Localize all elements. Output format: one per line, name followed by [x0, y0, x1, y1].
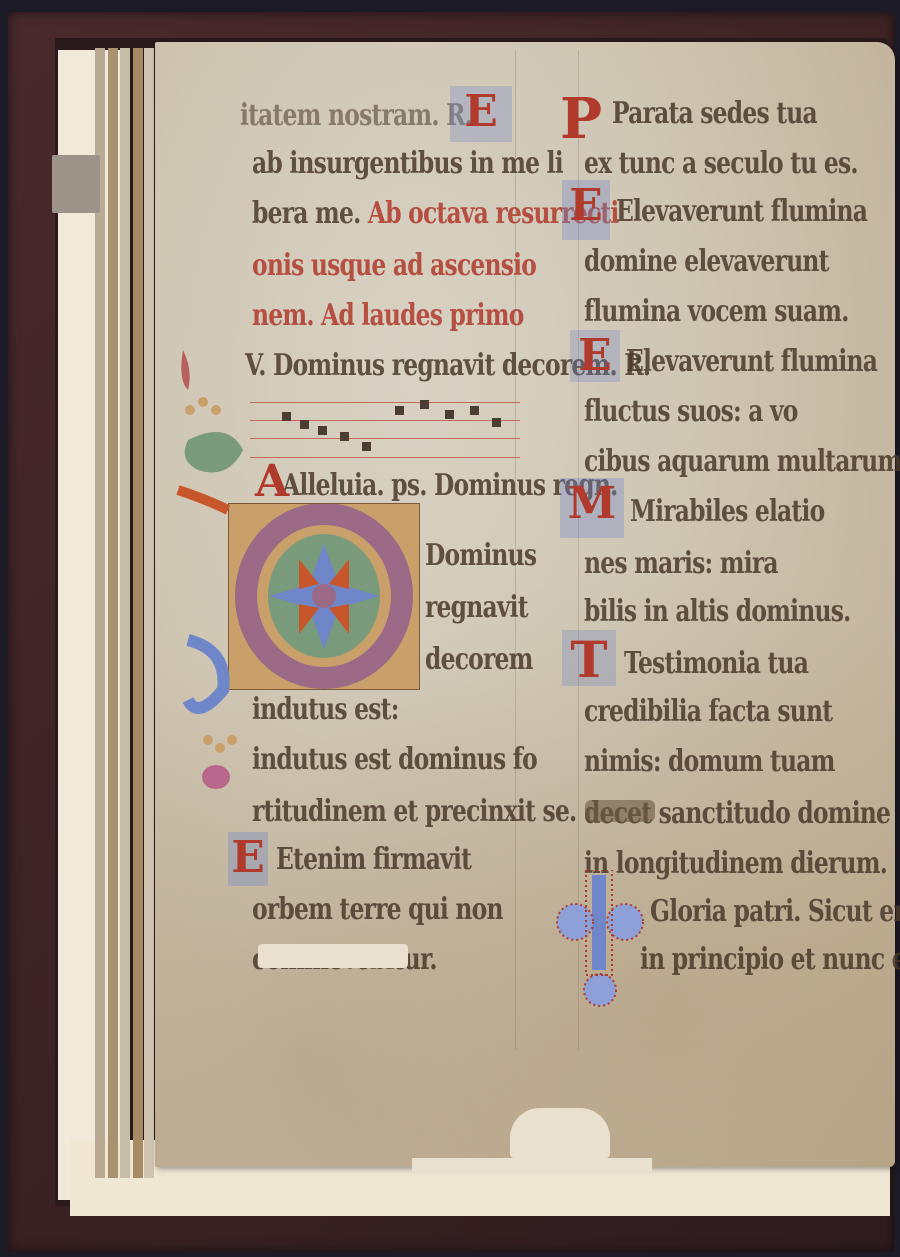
parchment-stain: [585, 800, 655, 822]
text-line: regnavit: [425, 590, 528, 625]
text-line: nimis: domum tuam: [584, 744, 835, 779]
leaf-edge: [120, 48, 130, 1178]
text-line: bilis in altis dominus.: [584, 594, 851, 629]
initial-E: E: [562, 180, 610, 240]
text-line: itatem nostram. R.: [240, 98, 472, 133]
text-line: Elevaverunt flumina: [626, 344, 877, 379]
parchment-loss: [412, 1158, 652, 1172]
leaf-edge: [95, 48, 105, 1178]
text-line: ab insurgentibus in me li: [252, 146, 563, 181]
text-line: Testimonia tua: [624, 646, 808, 681]
initial-E2: E: [570, 330, 620, 382]
text-line: cibus aquarum multarum.: [584, 444, 900, 479]
initial-P: P: [560, 86, 602, 152]
text-line: ex tunc a seculo tu es.: [584, 146, 858, 181]
text-line: decorem: [425, 642, 533, 677]
text-line: Etenim firmavit: [276, 842, 471, 877]
rubric-line: onis usque ad ascensio: [252, 248, 536, 283]
text-line: domine elevaverunt: [584, 244, 829, 279]
text-line: Dominus: [425, 538, 536, 573]
initial-E: E: [228, 832, 268, 886]
text-line: Mirabiles elatio: [630, 494, 824, 529]
parchment-loss: [510, 1108, 610, 1158]
text-line: indutus est dominus fo: [252, 742, 537, 777]
paper-tab: [52, 155, 100, 213]
initial-M: M: [560, 478, 624, 538]
text-line: indutus est:: [252, 692, 399, 727]
leaf-edge: [144, 48, 154, 1178]
text-line: credibilia facta sunt: [584, 694, 832, 729]
initial-E-top: E: [450, 86, 512, 142]
rubric-line: nem. Ad laudes primo: [252, 298, 524, 333]
parchment-damage: [258, 944, 408, 968]
initial-I-flourished-icon: [550, 870, 650, 1020]
leaf-edge: [133, 48, 143, 1178]
leaf-edge: [108, 48, 118, 1178]
text-line: Elevaverunt flumina: [616, 194, 867, 229]
text-line: Gloria patri. Sicut erat: [650, 894, 900, 929]
text-line: fluctus suos: a vo: [584, 394, 798, 429]
initial-T: T: [562, 630, 616, 686]
marginal-foliage-icon: [168, 340, 258, 800]
text-line: nes maris: mira: [584, 546, 778, 581]
text-line: in principio et nunc et semper: [640, 942, 900, 977]
initial-A: A: [255, 456, 289, 507]
text-line: Parata sedes tua: [612, 96, 817, 131]
text-line: flumina vocem suam.: [584, 294, 849, 329]
text-line: rtitudinem et precinxit se.: [252, 794, 576, 829]
text-line: orbem terre qui non: [252, 892, 503, 927]
